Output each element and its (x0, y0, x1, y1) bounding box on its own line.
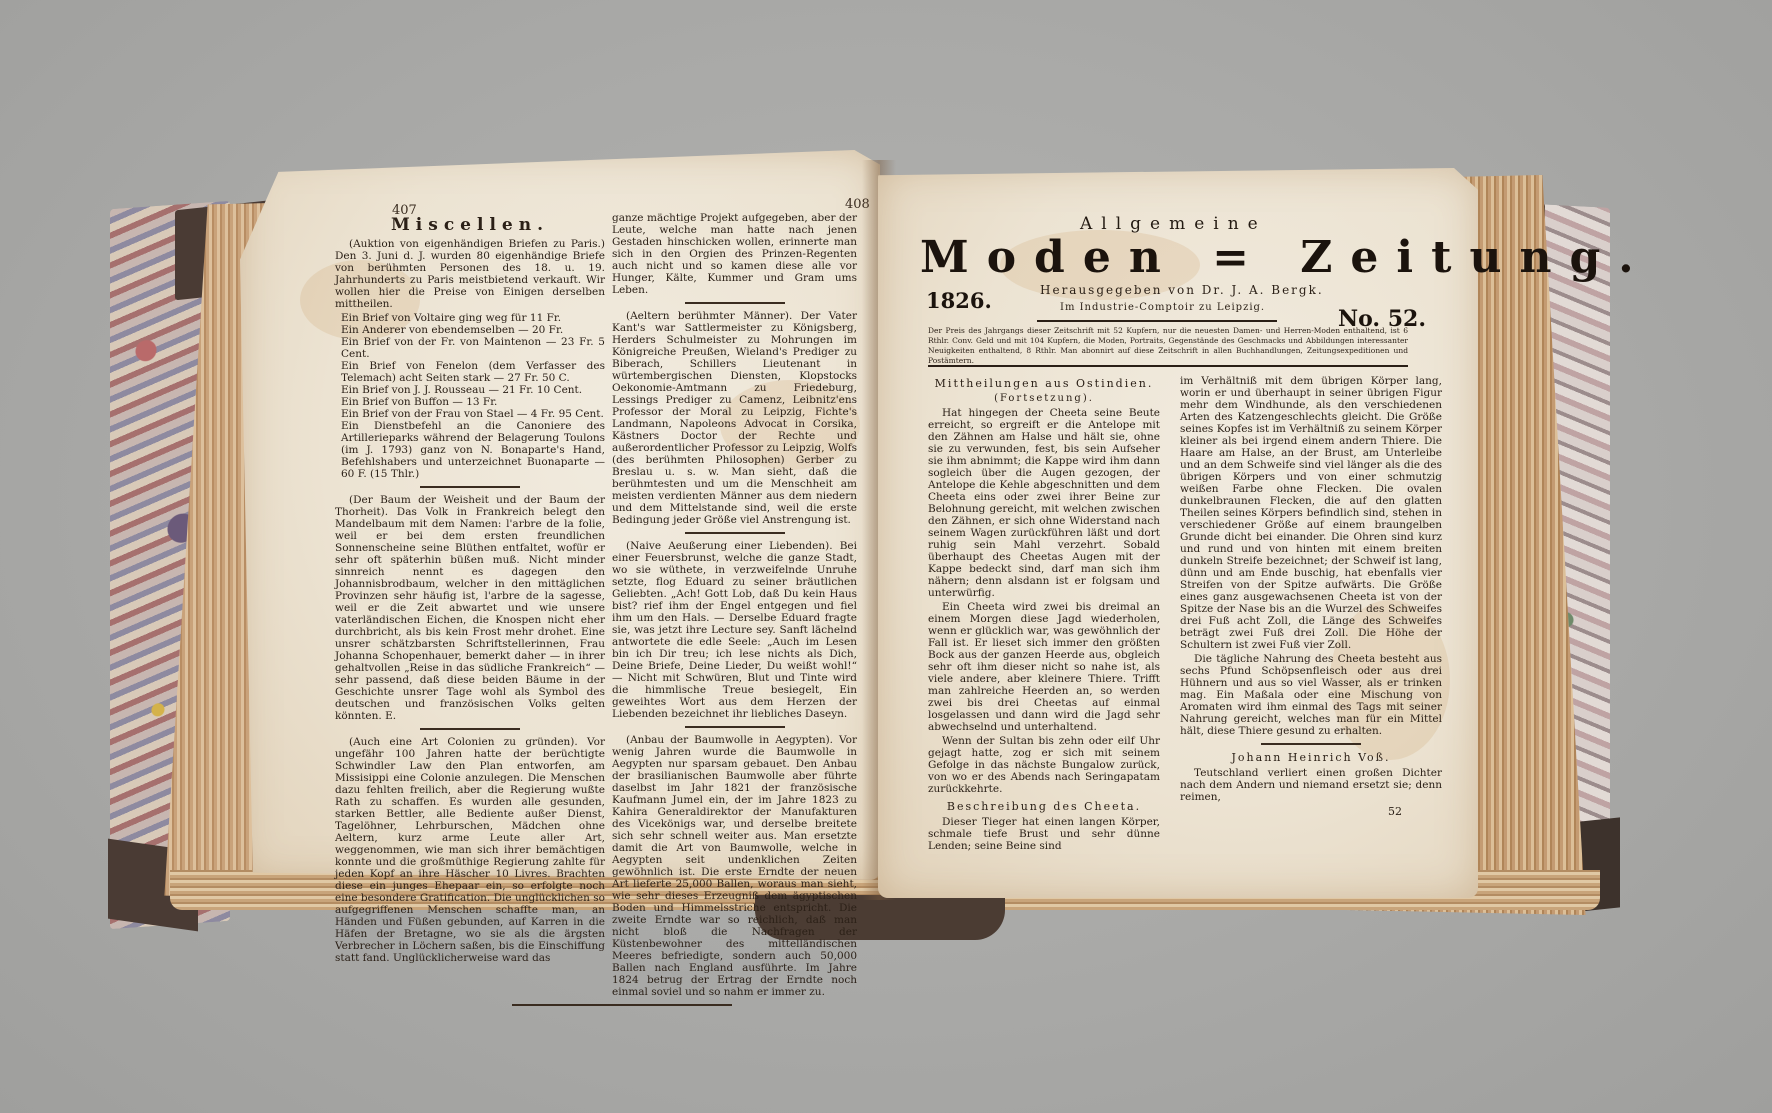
list-item: Ein Brief von der Frau von Stael — 4 Fr.… (335, 408, 605, 420)
list-item: Ein Anderer von ebendemselben — 20 Fr. (335, 324, 605, 336)
article-text: Der Vater Kant's war Sattlermeister zu K… (612, 310, 857, 526)
article-title: (Anbau der Baumwolle in Aegypten). (626, 734, 833, 746)
masthead-pretitle: Allgemeine (1080, 214, 1267, 234)
signature: E. (385, 710, 396, 722)
signature-mark: 52 (1180, 805, 1442, 818)
article-paragraph: Wenn der Sultan bis zehn oder eilf Uhr g… (928, 735, 1160, 795)
masthead-publisher: Im Industrie-Comptoir zu Leipzig. (1060, 302, 1265, 313)
article-subtitle: (Fortsetzung). (928, 393, 1160, 404)
article-paragraph: Die tägliche Nahrung des Cheeta besteht … (1180, 653, 1442, 737)
masthead-year: 1826. (926, 288, 992, 313)
masthead-editor: Herausgegeben von Dr. J. A. Bergk. (1040, 283, 1324, 297)
article-continuation: ganze mächtige Projekt aufgegeben, aber … (612, 212, 857, 296)
article-text: Bei einer Feuersbrunst, welche die ganze… (612, 540, 857, 720)
divider (420, 728, 520, 730)
left-page-column-2: ganze mächtige Projekt aufgegeben, aber … (612, 212, 857, 1006)
list-item: Ein Brief von Voltaire ging weg für 11 F… (335, 312, 605, 324)
article-paragraph: Teutschland verliert einen großen Dichte… (1180, 767, 1442, 803)
subscription-note: Der Preis des Jahrgangs dieser Zeitschri… (928, 326, 1408, 367)
list-item: Ein Brief von J. J. Rousseau — 21 Fr. 10… (335, 384, 605, 396)
list-item: Ein Brief von Fenelon (dem Verfasser des… (335, 360, 605, 384)
article-title: (Aeltern berühmter Männer). (626, 310, 792, 322)
article-text: Vor wenig Jahren wurde die Baumwolle in … (612, 734, 857, 998)
right-page-column-1: Mittheilungen aus Ostindien. (Fortsetzun… (928, 372, 1160, 854)
article-title: (Auktion von eigenhändigen Briefen zu Pa… (349, 238, 605, 250)
masthead-rule (928, 365, 1408, 367)
masthead-rule (1037, 320, 1277, 322)
left-page-column-1: Miscellen. (Auktion von eigenhändigen Br… (335, 210, 605, 966)
section-title: Johann Heinrich Voß. (1180, 751, 1442, 764)
end-rule (512, 1004, 732, 1006)
divider (685, 532, 785, 534)
section-title: Beschreibung des Cheeta. (928, 800, 1160, 813)
article-paragraph: Dieser Tieger hat einen langen Körper, s… (928, 816, 1160, 852)
list-item: Ein Brief von Buffon — 13 Fr. (335, 396, 605, 408)
article-text: Den 3. Juni d. J. wurden 80 eigenhändige… (335, 250, 605, 310)
article-paragraph: Ein Cheeta wird zwei bis dreimal an eine… (928, 601, 1160, 733)
article-text: Vor ungefähr 100 Jahren hatte der berüch… (335, 736, 605, 964)
masthead-title: Moden = Zeitung. (920, 232, 1652, 283)
article-text: Das Volk in Frankreich belegt den Mandel… (335, 506, 605, 722)
list-item: Ein Brief von der Fr. von Maintenon — 23… (335, 336, 605, 360)
right-page-column-2: im Verhältniß mit dem übrigen Körper lan… (1180, 375, 1442, 818)
divider (685, 302, 785, 304)
article-paragraph: im Verhältniß mit dem übrigen Körper lan… (1180, 375, 1442, 651)
photo-scene: 407 408 Miscellen. (Auktion von eigenhän… (0, 0, 1772, 1113)
article-title: Mittheilungen aus Ostindien. (928, 377, 1160, 390)
divider (420, 486, 520, 488)
article-paragraph: Hat hingegen der Cheeta seine Beute erre… (928, 407, 1160, 599)
divider (685, 726, 785, 728)
list-item: Ein Dienstbefehl an die Canoniere des Ar… (335, 420, 605, 480)
divider (1261, 743, 1361, 745)
article-title: (Naive Aeußerung einer Liebenden). (626, 540, 833, 552)
section-heading: Miscellen. (335, 215, 605, 235)
article-title: (Auch eine Art Colonien zu gründen). (349, 736, 578, 748)
